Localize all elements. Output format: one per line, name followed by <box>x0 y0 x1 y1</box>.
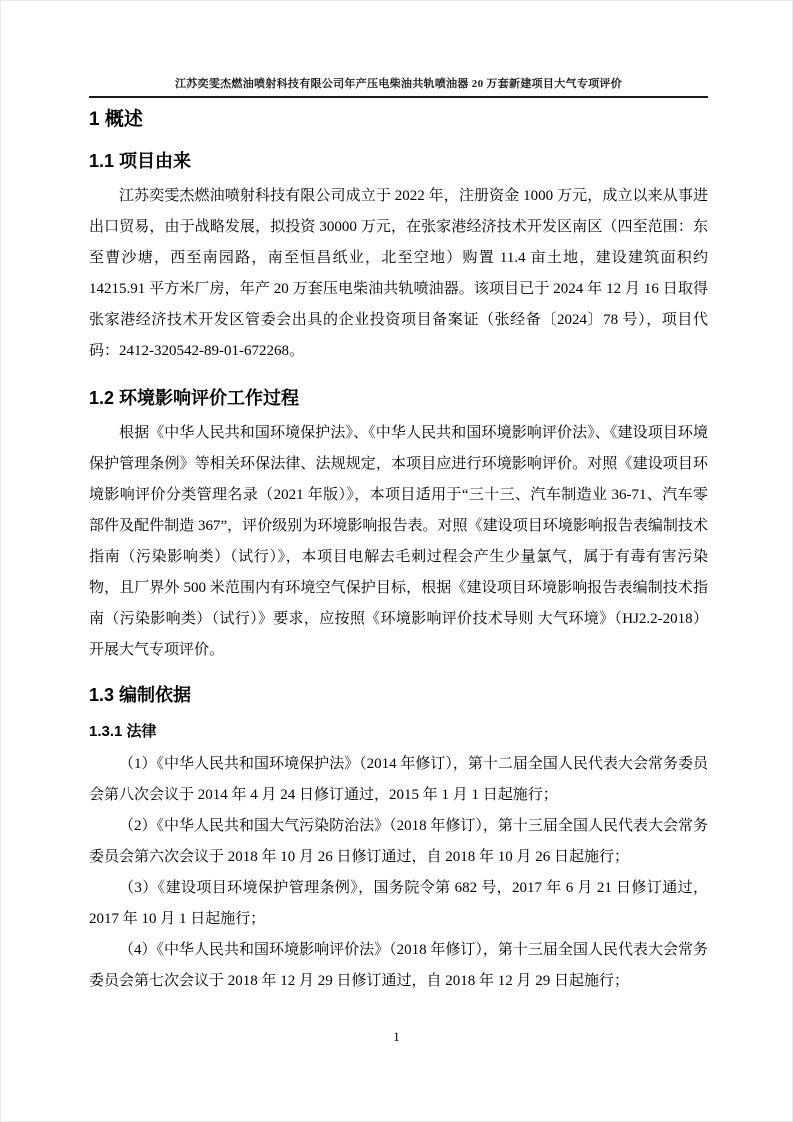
heading-project-origin: 1.1 项目由来 <box>89 148 708 174</box>
heading-eia-work-process: 1.2 环境影响评价工作过程 <box>89 385 708 411</box>
law-items-list: （1）《中华人民共和国环境保护法》（2014 年修订），第十二届全国人民代表大会… <box>89 749 708 997</box>
running-header: 江苏奕雯杰燃油喷射科技有限公司年产压电柴油共轨喷油器 20 万套新建项目大气专项… <box>89 75 708 98</box>
law-item: （4）《中华人民共和国环境影响评价法》（2018 年修订），第十三届全国人民代表… <box>89 935 708 997</box>
page-number: 1 <box>1 1029 792 1045</box>
document-page: 江苏奕雯杰燃油喷射科技有限公司年产压电柴油共轨喷油器 20 万套新建项目大气专项… <box>0 0 793 1122</box>
law-item: （2）《中华人民共和国大气污染防治法》（2018 年修订），第十三届全国人民代表… <box>89 811 708 873</box>
paragraph-project-origin: 江苏奕雯杰燃油喷射科技有限公司成立于 2022 年，注册资金 1000 万元，成… <box>89 181 708 367</box>
law-item: （1）《中华人民共和国环境保护法》（2014 年修订），第十二届全国人民代表大会… <box>89 749 708 811</box>
heading-overview: 1 概述 <box>89 107 708 133</box>
heading-laws: 1.3.1 法律 <box>89 721 708 743</box>
heading-compilation-basis: 1.3 编制依据 <box>89 682 708 708</box>
paragraph-eia-work-process: 根据《中华人民共和国环境保护法》、《中华人民共和国环境影响评价法》、《建设项目环… <box>89 418 708 666</box>
law-item: （3）《建设项目环境保护管理条例》，国务院令第 682 号，2017 年 6 月… <box>89 873 708 935</box>
